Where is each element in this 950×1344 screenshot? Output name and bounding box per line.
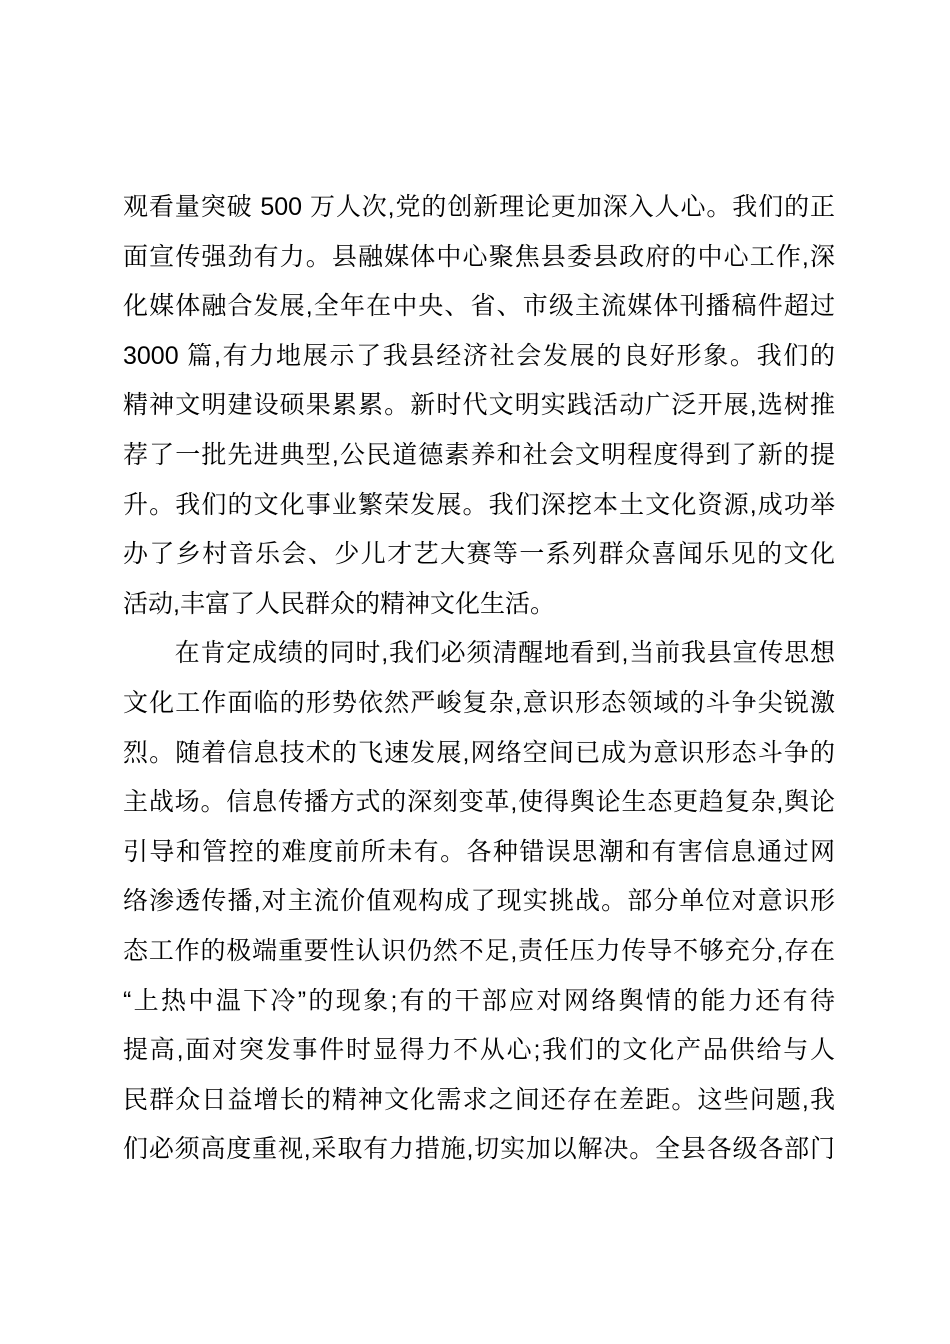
text-line: 文化工作面临的形势依然严峻复杂,意识形态领域的斗争尖锐激 bbox=[123, 679, 835, 729]
text-line: 们必须高度重视,采取有力措施,切实加以解决。全县各级各部门 bbox=[123, 1125, 835, 1175]
text-line: 精神文明建设硕果累累。新时代文明实践活动广泛开展,选树推 bbox=[123, 381, 835, 431]
text-line: 荐了一批先进典型,公民道德素养和社会文明程度得到了新的提 bbox=[123, 431, 835, 481]
text-line: 升。我们的文化事业繁荣发展。我们深挖本土文化资源,成功举 bbox=[123, 481, 835, 531]
text-line: 态工作的极端重要性认识仍然不足,责任压力传导不够充分,存在 bbox=[123, 927, 835, 977]
text-line: 烈。随着信息技术的飞速发展,网络空间已成为意识形态斗争的 bbox=[123, 729, 835, 779]
text-line: 化媒体融合发展,全年在中央、省、市级主流媒体刊播稿件超过 bbox=[123, 282, 835, 332]
text-line: 办了乡村音乐会、少儿才艺大赛等一系列群众喜闻乐见的文化 bbox=[123, 530, 835, 580]
text-line: 提高,面对突发事件时显得力不从心;我们的文化产品供给与人 bbox=[123, 1026, 835, 1076]
text-line: 络渗透传播,对主流价值观构成了现实挑战。部分单位对意识形 bbox=[123, 877, 835, 927]
text-line-paragraph-end: 活动,丰富了人民群众的精神文化生活。 bbox=[123, 580, 835, 630]
text-line: “上热中温下冷”的现象;有的干部应对网络舆情的能力还有待 bbox=[123, 977, 835, 1027]
text-line: 3000 篇,有力地展示了我县经济社会发展的良好形象。我们的 bbox=[123, 332, 835, 382]
text-line: 主战场。信息传播方式的深刻变革,使得舆论生态更趋复杂,舆论 bbox=[123, 778, 835, 828]
text-line: 面宣传强劲有力。县融媒体中心聚焦县委县政府的中心工作,深 bbox=[123, 233, 835, 283]
document-page: 观看量突破 500 万人次,党的创新理论更加深入人心。我们的正 面宣传强劲有力。… bbox=[0, 0, 950, 1344]
text-line: 民群众日益增长的精神文化需求之间还存在差距。这些问题,我 bbox=[123, 1076, 835, 1126]
text-line: 观看量突破 500 万人次,党的创新理论更加深入人心。我们的正 bbox=[123, 183, 835, 233]
text-line: 引导和管控的难度前所未有。各种错误思潮和有害信息通过网 bbox=[123, 828, 835, 878]
document-body-text: 观看量突破 500 万人次,党的创新理论更加深入人心。我们的正 面宣传强劲有力。… bbox=[123, 183, 835, 1175]
text-line-paragraph-start: 在肯定成绩的同时,我们必须清醒地看到,当前我县宣传思想 bbox=[123, 629, 835, 679]
